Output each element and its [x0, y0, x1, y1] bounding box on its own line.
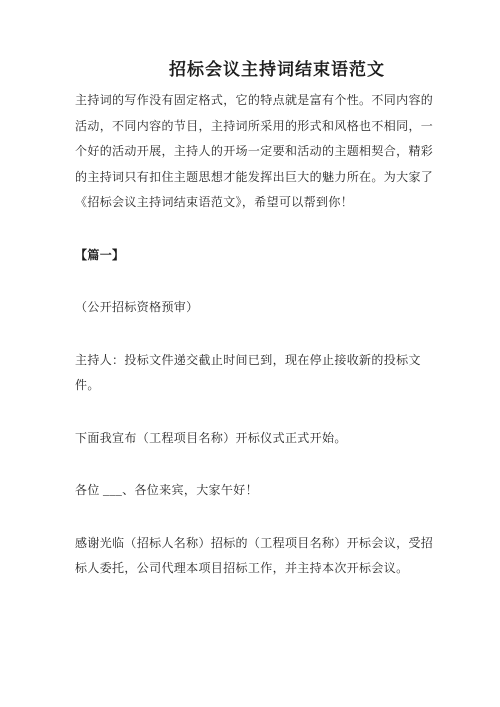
paragraph-greeting: 各位 ___、各位来宾，大家午好！: [75, 478, 415, 504]
section-heading-label: 【篇一】: [75, 243, 415, 269]
subheading-prequalification: （公开招标资格预审）: [75, 295, 415, 321]
paragraph-line: 主持人：投标文件递交截止时间已到，现在停止接收新的投标文: [75, 348, 415, 374]
paragraph-line: （公开招标资格预审）: [75, 295, 415, 321]
paragraph-line: 主持词的写作没有固定格式，它的特点就是富有个性。不同内容的: [75, 88, 415, 114]
paragraph-thanks: 感谢光临（招标人名称）招标的（工程项目名称）开标会议，受招 标人委托，公司代理本…: [75, 531, 415, 582]
paragraph-host-announcement: 主持人：投标文件递交截止时间已到，现在停止接收新的投标文 件。: [75, 348, 415, 399]
paragraph-line: 个好的活动开展，主持人的开场一定要和活动的主题相契合，精彩: [75, 139, 415, 165]
document-body: 招标会议主持词结束语范文 主持词的写作没有固定格式，它的特点就是富有个性。不同内…: [0, 0, 500, 582]
document-title: 招标会议主持词结束语范文: [139, 57, 415, 83]
section-heading: 【篇一】: [75, 243, 415, 269]
paragraph-line: 《招标会议主持词结束语范文》，希望可以帮到你！: [75, 190, 415, 216]
paragraph-line: 下面我宣布（工程项目名称）开标仪式正式开始。: [75, 426, 415, 452]
paragraph-intro: 主持词的写作没有固定格式，它的特点就是富有个性。不同内容的 活动，不同内容的节目…: [75, 88, 415, 216]
paragraph-line: 感谢光临（招标人名称）招标的（工程项目名称）开标会议，受招: [75, 531, 415, 557]
paragraph-line: 标人委托，公司代理本项目招标工作，并主持本次开标会议。: [75, 556, 415, 582]
paragraph-line: 件。: [75, 373, 415, 399]
paragraph-line: 活动，不同内容的节目，主持词所采用的形式和风格也不相同，一: [75, 114, 415, 140]
paragraph-line: 各位 ___、各位来宾，大家午好！: [75, 478, 415, 504]
document-page: 招标会议主持词结束语范文 主持词的写作没有固定格式，它的特点就是富有个性。不同内…: [0, 0, 500, 707]
paragraph-ceremony-start: 下面我宣布（工程项目名称）开标仪式正式开始。: [75, 426, 415, 452]
paragraph-line: 的主持词只有扣住主题思想才能发挥出巨大的魅力所在。为大家了: [75, 165, 415, 191]
